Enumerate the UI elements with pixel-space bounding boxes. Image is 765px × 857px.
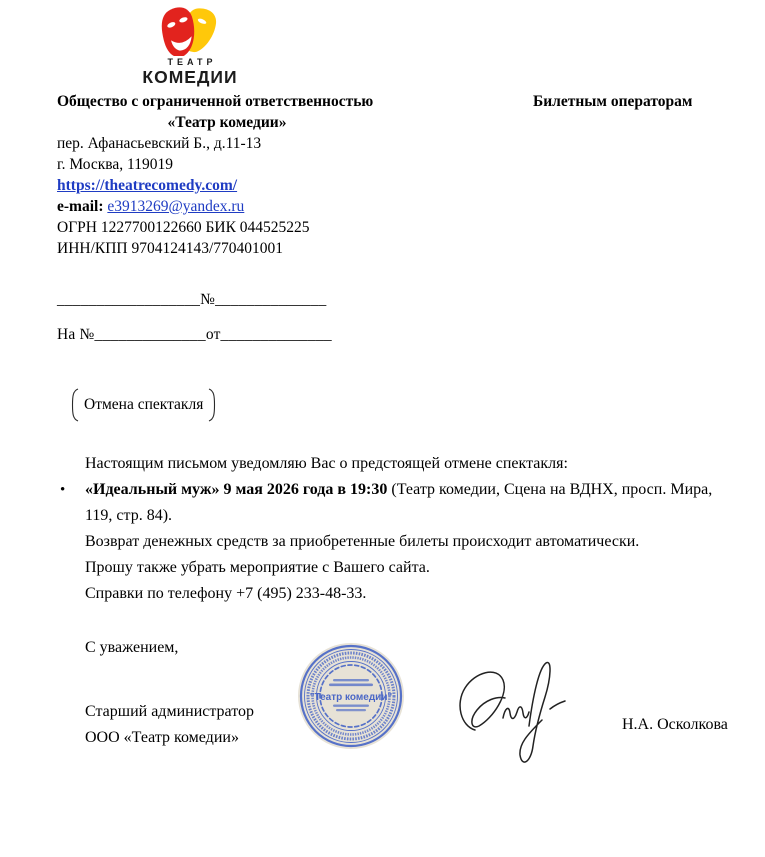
theatre-logo: ТЕАТР КОМЕДИИ [131,4,249,88]
ogrn-bik: ОГРН 1227700122660 БИК 044525225 [57,217,457,238]
intro-line: Настоящим письмом уведомляю Вас о предст… [85,451,743,477]
right-bracket-icon [208,388,217,422]
sender-block: Общество с ограниченной ответственностью… [57,91,457,259]
letter-page: ТЕАТР КОМЕДИИ Общество с ограниченной от… [0,0,765,857]
bullet-icon: • [60,477,65,503]
email-link[interactable]: e3913269@yandex.ru [107,198,244,215]
company-name-line1: Общество с ограниченной ответственностью [57,91,457,112]
event-title-date: «Идеальный муж» 9 мая 2026 года в 19:30 [85,481,387,498]
event-bullet-item: • «Идеальный муж» 9 мая 2026 года в 19:3… [85,477,743,529]
website-link[interactable]: https://theatrecomedy.com/ [57,177,237,194]
left-bracket-icon [70,388,79,422]
svg-text:*: * [319,692,323,701]
email-label: e-mail: [57,198,107,215]
logo-word-teatr: ТЕАТР [131,57,249,67]
subject-text: Отмена спектакля [79,396,208,414]
address-street: пер. Афанасьевский Б., д.11-13 [57,133,457,154]
refund-line: Возврат денежных средств за приобретенны… [85,529,743,555]
phone-line: Справки по телефону +7 (495) 233-48-33. [85,581,743,607]
svg-text:*: * [378,692,382,701]
signer-position: Старший администратор [85,699,254,725]
signature-icon [447,634,577,772]
handwritten-signature [447,634,577,777]
regards-line: С уважением, [85,639,178,657]
incoming-number-line: На №______________от______________ [57,326,332,344]
signer-titles: Старший администратор ООО «Театр комедии… [85,699,254,751]
recipient: Билетным операторам [533,93,692,111]
letter-body: Настоящим письмом уведомляю Вас о предст… [85,451,743,607]
outgoing-number-line: __________________№______________ [57,291,326,309]
remove-line: Прошу также убрать мероприятие с Вашего … [85,555,743,581]
logo-word-komedii: КОМЕДИИ [131,67,249,88]
round-seal-icon: "Театр комедии" * * [296,641,406,751]
signer-company: ООО «Театр комедии» [85,725,254,751]
signer-name: Н.А. Осколкова [622,716,728,734]
company-name-line2: «Театр комедии» [57,112,397,133]
address-city: г. Москва, 119019 [57,154,457,175]
subject-field: Отмена спектакля [70,388,217,422]
inn-kpp: ИНН/КПП 9704124143/770401001 [57,238,457,259]
company-stamp: "Театр комедии" * * [296,641,406,756]
theatre-masks-icon [144,4,236,56]
